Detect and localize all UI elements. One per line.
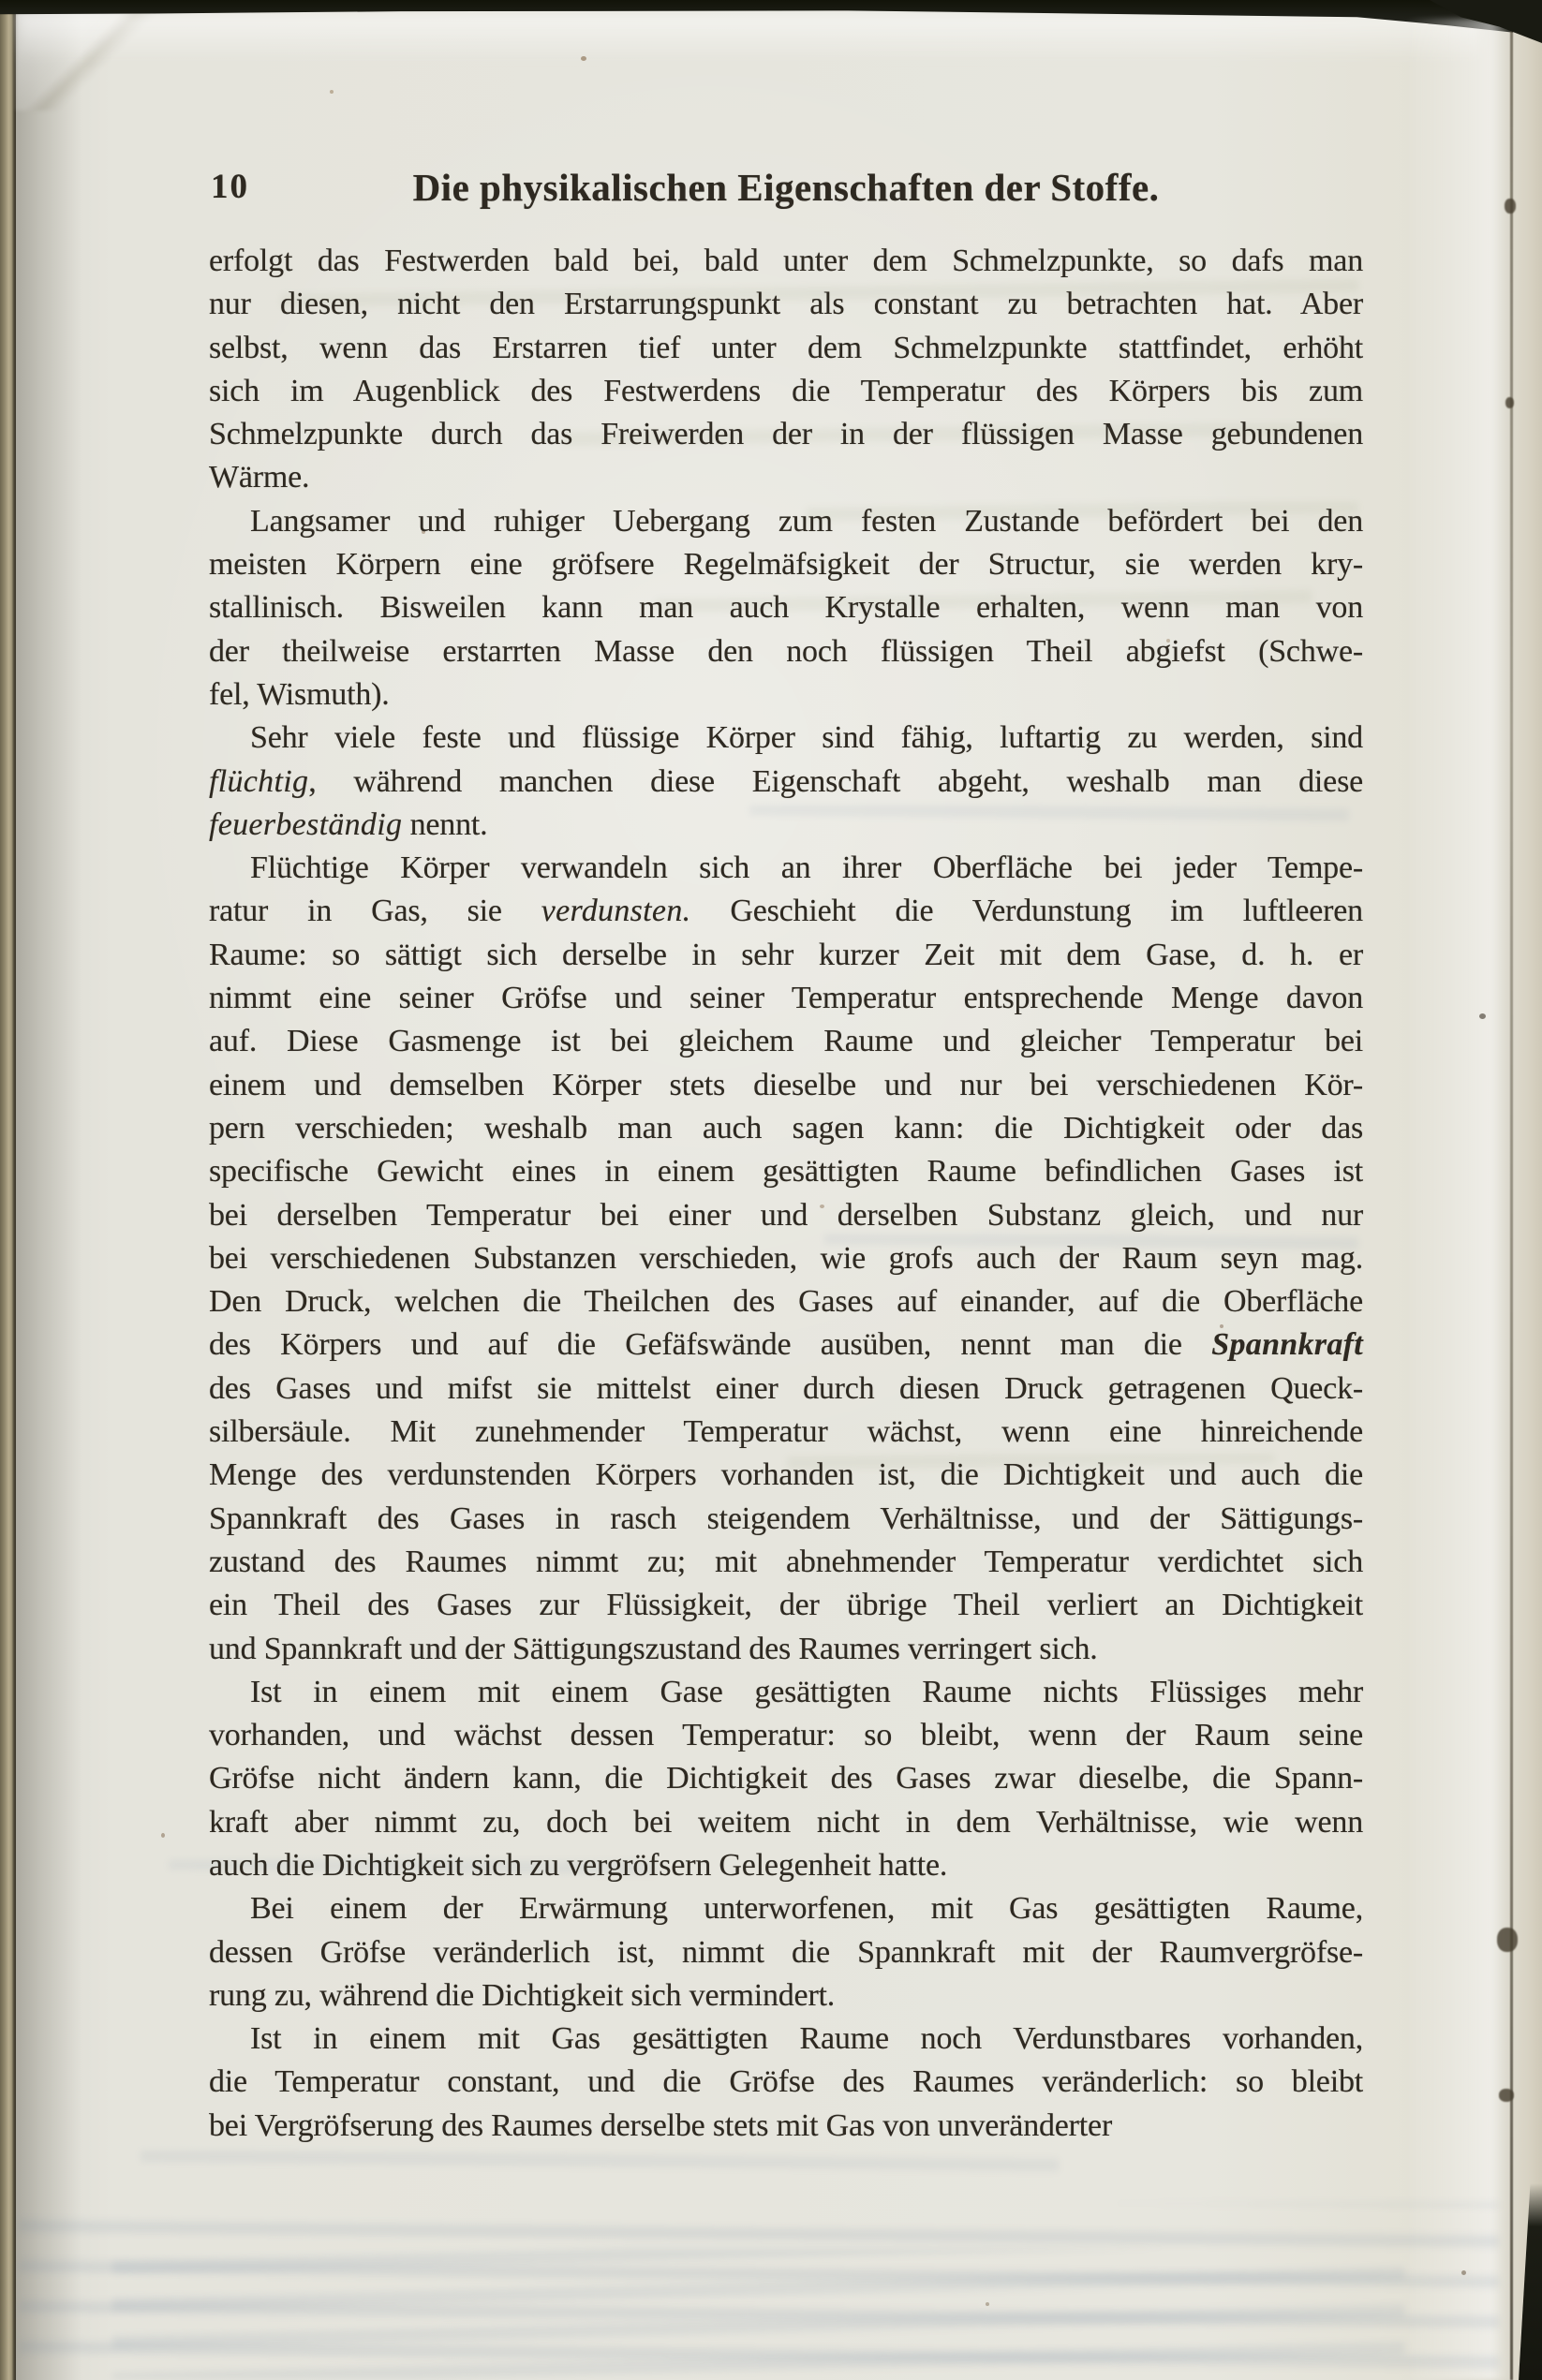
running-title: Die physikalischen Eigenschaften der Sto… bbox=[209, 165, 1363, 210]
text-segment: auch die Dichtigkeit sich zu vergröfsern… bbox=[209, 1848, 947, 1883]
text-segment: Langsamer und ruhiger Uebergang zum fest… bbox=[250, 504, 1363, 539]
text-segment: vorhanden, und wächst dessen Temperatur:… bbox=[209, 1718, 1363, 1752]
text-line: sich im Augenblick des Festwerdens die T… bbox=[209, 370, 1363, 413]
text-line: Ist in einem mit einem Gase gesättigten … bbox=[209, 1671, 1363, 1714]
text-line: einem und demselben Körper stets dieselb… bbox=[209, 1064, 1363, 1107]
text-line: der theilweise erstarrten Masse den noch… bbox=[209, 630, 1363, 673]
text-segment: Menge des verdunstenden Körpers vorhande… bbox=[209, 1457, 1363, 1492]
page-crease-highlight bbox=[1405, 19, 1510, 2380]
text-line: stallinisch. Bisweilen kann man auch Kry… bbox=[209, 586, 1363, 629]
text-segment: Bei einem der Erwärmung unterworfenen, m… bbox=[250, 1891, 1363, 1926]
text-line: Bei einem der Erwärmung unterworfenen, m… bbox=[209, 1887, 1363, 1930]
text-segment: sich im Augenblick des Festwerdens die T… bbox=[209, 374, 1363, 408]
text-line: und Spannkraft und der Sättigungszustand… bbox=[209, 1628, 1363, 1671]
text-line: bei Vergröfserung des Raumes derselbe st… bbox=[209, 2105, 1363, 2148]
text-segment: meisten Körpern eine gröfsere Regelmäfsi… bbox=[209, 547, 1363, 582]
text-segment: Sehr viele feste und flüssige Körper sin… bbox=[250, 720, 1363, 755]
text-line: die Temperatur constant, und die Gröfse … bbox=[209, 2061, 1363, 2104]
text-segment: Geschieht die Verdunstung im luftleeren bbox=[690, 894, 1363, 928]
crease-nick bbox=[1497, 1928, 1518, 1952]
text-segment: Flüchtige Körper verwandeln sich an ihre… bbox=[250, 850, 1363, 885]
text-line: bei verschiedenen Substanzen verschieden… bbox=[209, 1237, 1363, 1280]
text-line: silbersäule. Mit zunehmender Temperatur … bbox=[209, 1411, 1363, 1454]
text-segment: selbst, wenn das Erstarren tief unter de… bbox=[209, 331, 1363, 365]
dust-speck bbox=[161, 1833, 165, 1838]
text-segment: pern verschieden; weshalb man auch sagen… bbox=[209, 1111, 1363, 1146]
scan-root: { "colors": { "paper": "#e4e3da", "ink":… bbox=[0, 0, 1542, 2380]
page-right-edge bbox=[1513, 19, 1542, 2380]
text-segment: nur diesen, nicht den Erstarrungspunkt a… bbox=[209, 287, 1363, 321]
text-line: Gröfse nicht ändern kann, die Dichtigkei… bbox=[209, 1757, 1363, 1800]
text-segment: und Spannkraft und der Sättigungszustand… bbox=[209, 1632, 1098, 1666]
text-segment: einem und demselben Körper stets dieselb… bbox=[209, 1068, 1363, 1102]
page-left-edge bbox=[0, 0, 16, 2380]
crease-nick bbox=[1505, 199, 1516, 214]
dust-speck bbox=[1479, 1013, 1486, 1019]
crease-nick bbox=[1499, 2089, 1514, 2102]
emphasized-term: verdunsten. bbox=[541, 894, 691, 928]
text-segment: bei derselben Temperatur bei einer und d… bbox=[209, 1198, 1363, 1233]
crease-nick bbox=[1505, 397, 1514, 408]
text-segment: fel, Wismuth). bbox=[209, 677, 390, 712]
text-line: ratur in Gas, sie verdunsten. Geschieht … bbox=[209, 890, 1363, 933]
text-line: selbst, wenn das Erstarren tief unter de… bbox=[209, 327, 1363, 370]
text-segment: nennt. bbox=[402, 807, 487, 842]
text-line: bei derselben Temperatur bei einer und d… bbox=[209, 1194, 1363, 1237]
text-segment: specifische Gewicht eines in einem gesät… bbox=[209, 1154, 1363, 1189]
text-segment: dessen Gröfse veränderlich ist, nimmt di… bbox=[209, 1935, 1363, 1970]
dust-speck bbox=[330, 90, 334, 94]
text-line: meisten Körpern eine gröfsere Regelmäfsi… bbox=[209, 543, 1363, 586]
text-line: Wärme. bbox=[209, 456, 1363, 499]
text-segment: , während manchen diese Eigenschaft abge… bbox=[308, 764, 1363, 799]
text-segment: bei Vergröfserung des Raumes derselbe st… bbox=[209, 2108, 1112, 2143]
binding-shadow bbox=[16, 0, 82, 2380]
text-segment: Schmelzpunkte durch das Freiwerden der i… bbox=[209, 417, 1363, 451]
text-segment: auf. Diese Gasmenge ist bei gleichem Rau… bbox=[209, 1024, 1363, 1058]
text-segment: nimmt eine seiner Gröfse und seiner Temp… bbox=[209, 981, 1363, 1015]
text-line: Sehr viele feste und flüssige Körper sin… bbox=[209, 717, 1363, 760]
page-curl-highlight bbox=[19, 13, 1480, 62]
text-line: Ist in einem mit Gas gesättigten Raume n… bbox=[209, 2018, 1363, 2061]
text-line: auf. Diese Gasmenge ist bei gleichem Rau… bbox=[209, 1020, 1363, 1063]
text-segment: ein Theil des Gases zur Flüssigkeit, der… bbox=[209, 1588, 1363, 1622]
text-segment: bei verschiedenen Substanzen verschieden… bbox=[209, 1241, 1363, 1276]
text-line: pern verschieden; weshalb man auch sagen… bbox=[209, 1107, 1363, 1150]
text-segment: Spannkraft des Gases in rasch steigendem… bbox=[209, 1501, 1363, 1536]
text-line: ein Theil des Gases zur Flüssigkeit, der… bbox=[209, 1584, 1363, 1627]
text-line: des Körpers und auf die Gefäfswände ausü… bbox=[209, 1323, 1363, 1367]
page-header: 10 Die physikalischen Eigenschaften der … bbox=[209, 165, 1363, 214]
text-line: nur diesen, nicht den Erstarrungspunkt a… bbox=[209, 283, 1363, 326]
text-line: Den Druck, welchen die Theilchen des Gas… bbox=[209, 1280, 1363, 1323]
text-line: kraft aber nimmt zu, doch bei weitem nic… bbox=[209, 1801, 1363, 1844]
emphasized-term: flüchtig bbox=[209, 764, 308, 799]
text-segment: erfolgt das Festwerden bald bei, bald un… bbox=[209, 244, 1363, 278]
text-segment: die Temperatur constant, und die Gröfse … bbox=[209, 2064, 1363, 2099]
dust-speck bbox=[581, 56, 586, 61]
text-line: des Gases und mifst sie mittelst einer d… bbox=[209, 1367, 1363, 1411]
text-segment: des Gases und mifst sie mittelst einer d… bbox=[209, 1371, 1363, 1406]
text-segment: rung zu, während die Dichtigkeit sich ve… bbox=[209, 1978, 835, 2013]
text-segment: Den Druck, welchen die Theilchen des Gas… bbox=[209, 1284, 1363, 1319]
dust-speck bbox=[986, 2302, 989, 2306]
body-text: erfolgt das Festwerden bald bei, bald un… bbox=[209, 240, 1363, 2148]
text-line: zustand des Raumes nimmt zu; mit abnehme… bbox=[209, 1541, 1363, 1584]
text-segment: des Körpers und auf die Gefäfswände ausü… bbox=[209, 1327, 1211, 1362]
text-line: fel, Wismuth). bbox=[209, 673, 1363, 717]
text-line: rung zu, während die Dichtigkeit sich ve… bbox=[209, 1974, 1363, 2018]
dust-speck bbox=[1461, 2270, 1466, 2275]
text-line: auch die Dichtigkeit sich zu vergröfsern… bbox=[209, 1844, 1363, 1887]
text-line: Langsamer und ruhiger Uebergang zum fest… bbox=[209, 500, 1363, 543]
text-line: flüchtig, während manchen diese Eigensch… bbox=[209, 761, 1363, 804]
text-line: feuerbeständig nennt. bbox=[209, 804, 1363, 847]
text-segment: silbersäule. Mit zunehmender Temperatur … bbox=[209, 1414, 1363, 1449]
text-segment: Ist in einem mit Gas gesättigten Raume n… bbox=[250, 2021, 1363, 2056]
text-segment: kraft aber nimmt zu, doch bei weitem nic… bbox=[209, 1805, 1363, 1840]
text-segment: zustand des Raumes nimmt zu; mit abnehme… bbox=[209, 1545, 1363, 1579]
emphasized-term: feuerbeständig bbox=[209, 807, 402, 842]
text-segment: stallinisch. Bisweilen kann man auch Kry… bbox=[209, 590, 1363, 625]
text-segment: Gröfse nicht ändern kann, die Dichtigkei… bbox=[209, 1761, 1363, 1796]
text-segment: Ist in einem mit einem Gase gesättigten … bbox=[250, 1675, 1363, 1709]
text-line: dessen Gröfse veränderlich ist, nimmt di… bbox=[209, 1931, 1363, 1974]
text-segment: Raume: so sättigt sich derselbe in sehr … bbox=[209, 938, 1363, 972]
text-line: Spannkraft des Gases in rasch steigendem… bbox=[209, 1498, 1363, 1541]
text-line: erfolgt das Festwerden bald bei, bald un… bbox=[209, 240, 1363, 283]
text-line: Raume: so sättigt sich derselbe in sehr … bbox=[209, 934, 1363, 977]
emphasized-term: Spannkraft bbox=[1211, 1327, 1363, 1362]
text-segment: der theilweise erstarrten Masse den noch… bbox=[209, 634, 1363, 669]
text-line: Flüchtige Körper verwandeln sich an ihre… bbox=[209, 847, 1363, 890]
text-line: Menge des verdunstenden Körpers vorhande… bbox=[209, 1454, 1363, 1497]
page-crease bbox=[1510, 22, 1513, 2380]
text-line: nimmt eine seiner Gröfse und seiner Temp… bbox=[209, 977, 1363, 1020]
text-segment: Wärme. bbox=[209, 460, 309, 495]
text-segment: ratur in Gas, sie bbox=[209, 894, 541, 928]
text-line: Schmelzpunkte durch das Freiwerden der i… bbox=[209, 413, 1363, 456]
text-line: vorhanden, und wächst dessen Temperatur:… bbox=[209, 1714, 1363, 1757]
text-line: specifische Gewicht eines in einem gesät… bbox=[209, 1150, 1363, 1193]
